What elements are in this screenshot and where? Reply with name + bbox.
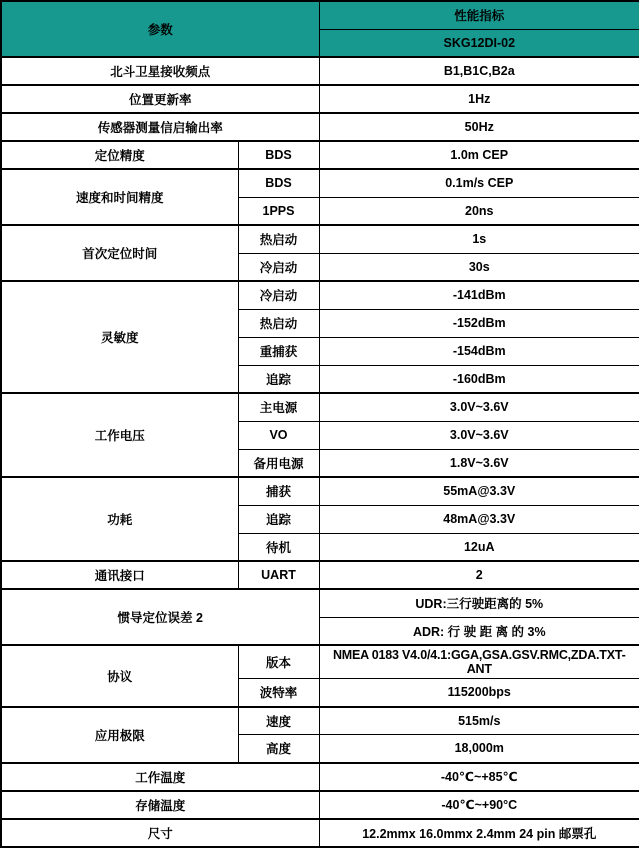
table-row: 惯导定位误差 2 UDR:三行驶距离的 5%	[1, 589, 639, 617]
value-cell: 12uA	[319, 533, 639, 561]
table-row: 尺寸 12.2mmx 16.0mmx 2.4mm 24 pin 邮票孔	[1, 819, 639, 847]
spec-table: 参数 性能指标 SKG12DI-02 北斗卫星接收频点 B1,B1C,B2a 位…	[0, 0, 639, 848]
param-cell: 定位精度	[1, 141, 238, 169]
value-cell: 0.1m/s CEP	[319, 169, 639, 197]
sub-param-cell: 追踪	[238, 505, 319, 533]
sub-param-cell: 冷启动	[238, 253, 319, 281]
param-cell: 通讯接口	[1, 561, 238, 589]
value-cell: -152dBm	[319, 309, 639, 337]
param-cell: 位置更新率	[1, 85, 319, 113]
table-row: 定位精度 BDS 1.0m CEP	[1, 141, 639, 169]
sub-param-cell: 热启动	[238, 309, 319, 337]
value-cell: 3.0V~3.6V	[319, 421, 639, 449]
value-cell: 55mA@3.3V	[319, 477, 639, 505]
value-cell: 50Hz	[319, 113, 639, 141]
table-row: 位置更新率 1Hz	[1, 85, 639, 113]
sub-param-cell: 主电源	[238, 393, 319, 421]
table-row: 协议 版本 NMEA 0183 V4.0/4.1:GGA,GSA.GSV.RMC…	[1, 645, 639, 679]
param-cell: 存储温度	[1, 791, 319, 819]
sub-param-cell: 待机	[238, 533, 319, 561]
table-row: 工作温度 -40℃~+85℃	[1, 763, 639, 791]
param-cell: 应用极限	[1, 707, 238, 763]
table-row: 北斗卫星接收频点 B1,B1C,B2a	[1, 57, 639, 85]
value-cell: -141dBm	[319, 281, 639, 309]
value-cell: 3.0V~3.6V	[319, 393, 639, 421]
value-cell: 515m/s	[319, 707, 639, 735]
table-row: 存储温度 -40℃~+90°C	[1, 791, 639, 819]
value-cell: 1Hz	[319, 85, 639, 113]
param-cell: 尺寸	[1, 819, 319, 847]
table-row: 灵敏度 冷启动 -141dBm	[1, 281, 639, 309]
sub-param-cell: 捕获	[238, 477, 319, 505]
sub-param-cell: 备用电源	[238, 449, 319, 477]
param-cell: 灵敏度	[1, 281, 238, 393]
param-cell: 速度和时间精度	[1, 169, 238, 225]
value-cell: 20ns	[319, 197, 639, 225]
param-cell: 工作电压	[1, 393, 238, 477]
value-cell: 1.8V~3.6V	[319, 449, 639, 477]
param-cell: 北斗卫星接收频点	[1, 57, 319, 85]
value-cell: 48mA@3.3V	[319, 505, 639, 533]
param-cell: 惯导定位误差 2	[1, 589, 319, 645]
value-cell: -40℃~+85℃	[319, 763, 639, 791]
value-cell: 2	[319, 561, 639, 589]
table-row: 通讯接口 UART 2	[1, 561, 639, 589]
sub-param-cell: 重捕获	[238, 337, 319, 365]
value-cell: ADR: 行 驶 距 离 的 3%	[319, 617, 639, 645]
header-model-cell: SKG12DI-02	[319, 29, 639, 57]
value-cell-altitude: 18,000m	[319, 735, 639, 763]
value-cell: -160dBm	[319, 365, 639, 393]
table-row: 速度和时间精度 BDS 0.1m/s CEP	[1, 169, 639, 197]
value-cell: UDR:三行驶距离的 5%	[319, 589, 639, 617]
value-cell: -154dBm	[319, 337, 639, 365]
param-cell: 协议	[1, 645, 238, 707]
table-row: 应用极限 速度 515m/s	[1, 707, 639, 735]
sub-param-cell: 高度	[238, 735, 319, 763]
sub-param-cell: 追踪	[238, 365, 319, 393]
sub-param-cell: 波特率	[238, 679, 319, 707]
spec-sheet-page: 参数 性能指标 SKG12DI-02 北斗卫星接收频点 B1,B1C,B2a 位…	[0, 0, 639, 848]
value-cell: NMEA 0183 V4.0/4.1:GGA,GSA.GSV.RMC,ZDA.T…	[319, 645, 639, 679]
sub-param-cell: 热启动	[238, 225, 319, 253]
sub-param-cell: VO	[238, 421, 319, 449]
value-cell: 1s	[319, 225, 639, 253]
table-header-row: 参数 性能指标	[1, 1, 639, 29]
sub-param-cell: UART	[238, 561, 319, 589]
table-row: 工作电压 主电源 3.0V~3.6V	[1, 393, 639, 421]
value-cell: -40℃~+90°C	[319, 791, 639, 819]
param-cell: 传感器测量信启输出率	[1, 113, 319, 141]
table-row: 功耗 捕获 55mA@3.3V	[1, 477, 639, 505]
sub-param-cell: 速度	[238, 707, 319, 735]
table-row: 首次定位时间 热启动 1s	[1, 225, 639, 253]
header-param-cell: 参数	[1, 1, 319, 57]
value-cell: 30s	[319, 253, 639, 281]
value-cell: 1.0m CEP	[319, 141, 639, 169]
param-cell: 功耗	[1, 477, 238, 561]
param-cell: 工作温度	[1, 763, 319, 791]
value-cell: B1,B1C,B2a	[319, 57, 639, 85]
sub-param-cell: 冷启动	[238, 281, 319, 309]
sub-param-cell: 1PPS	[238, 197, 319, 225]
table-row: 传感器测量信启输出率 50Hz	[1, 113, 639, 141]
param-cell: 首次定位时间	[1, 225, 238, 281]
value-cell: 12.2mmx 16.0mmx 2.4mm 24 pin 邮票孔	[319, 819, 639, 847]
value-cell: 115200bps	[319, 679, 639, 707]
header-perf-cell: 性能指标	[319, 1, 639, 29]
sub-param-cell: 版本	[238, 645, 319, 679]
sub-param-cell: BDS	[238, 169, 319, 197]
sub-param-cell: BDS	[238, 141, 319, 169]
